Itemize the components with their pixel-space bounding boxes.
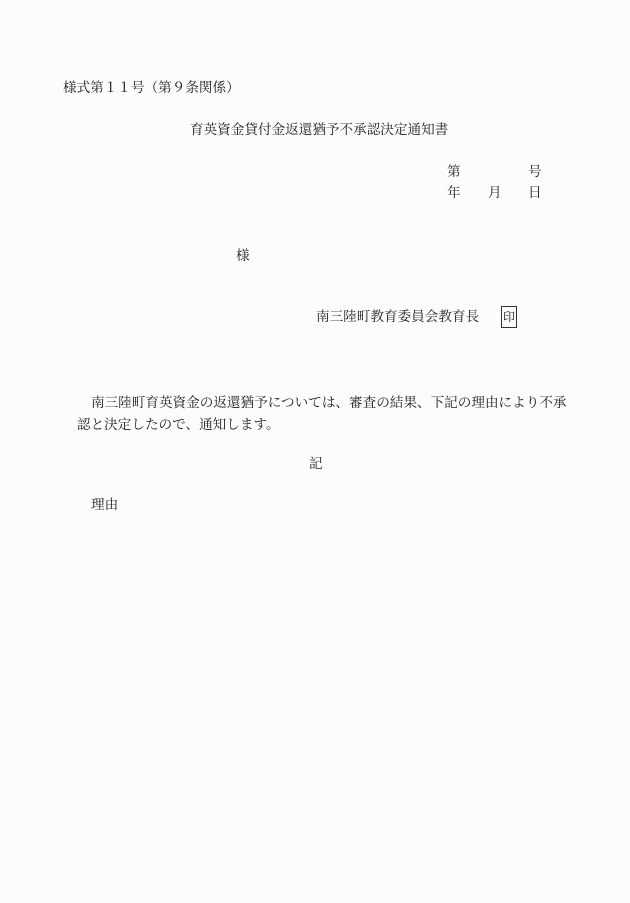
ki-heading: 記	[309, 456, 323, 472]
form-number-label: 様式第１１号（第９条関係）	[63, 80, 240, 96]
reason-label: 理由	[91, 497, 118, 513]
body-paragraph: 南三陸町育英資金の返還猶予については、審査の結果、下記の理由により不承認と決定し…	[77, 392, 567, 436]
seal-stamp-icon: 印	[501, 306, 517, 328]
issuer-name: 南三陸町教育委員会教育長	[316, 309, 479, 325]
reference-prefix: 第	[447, 164, 461, 180]
reference-suffix: 号	[528, 164, 542, 180]
date-row: 年 月 日	[447, 185, 542, 201]
date-day-label: 日	[528, 185, 542, 201]
recipient-honorific: 様	[236, 248, 250, 264]
date-year-label: 年	[447, 185, 461, 201]
reference-number-row: 第 号	[447, 164, 542, 180]
date-month-label: 月	[488, 185, 502, 201]
document-title: 育英資金貸付金返還猶予不承認決定通知書	[190, 122, 448, 138]
